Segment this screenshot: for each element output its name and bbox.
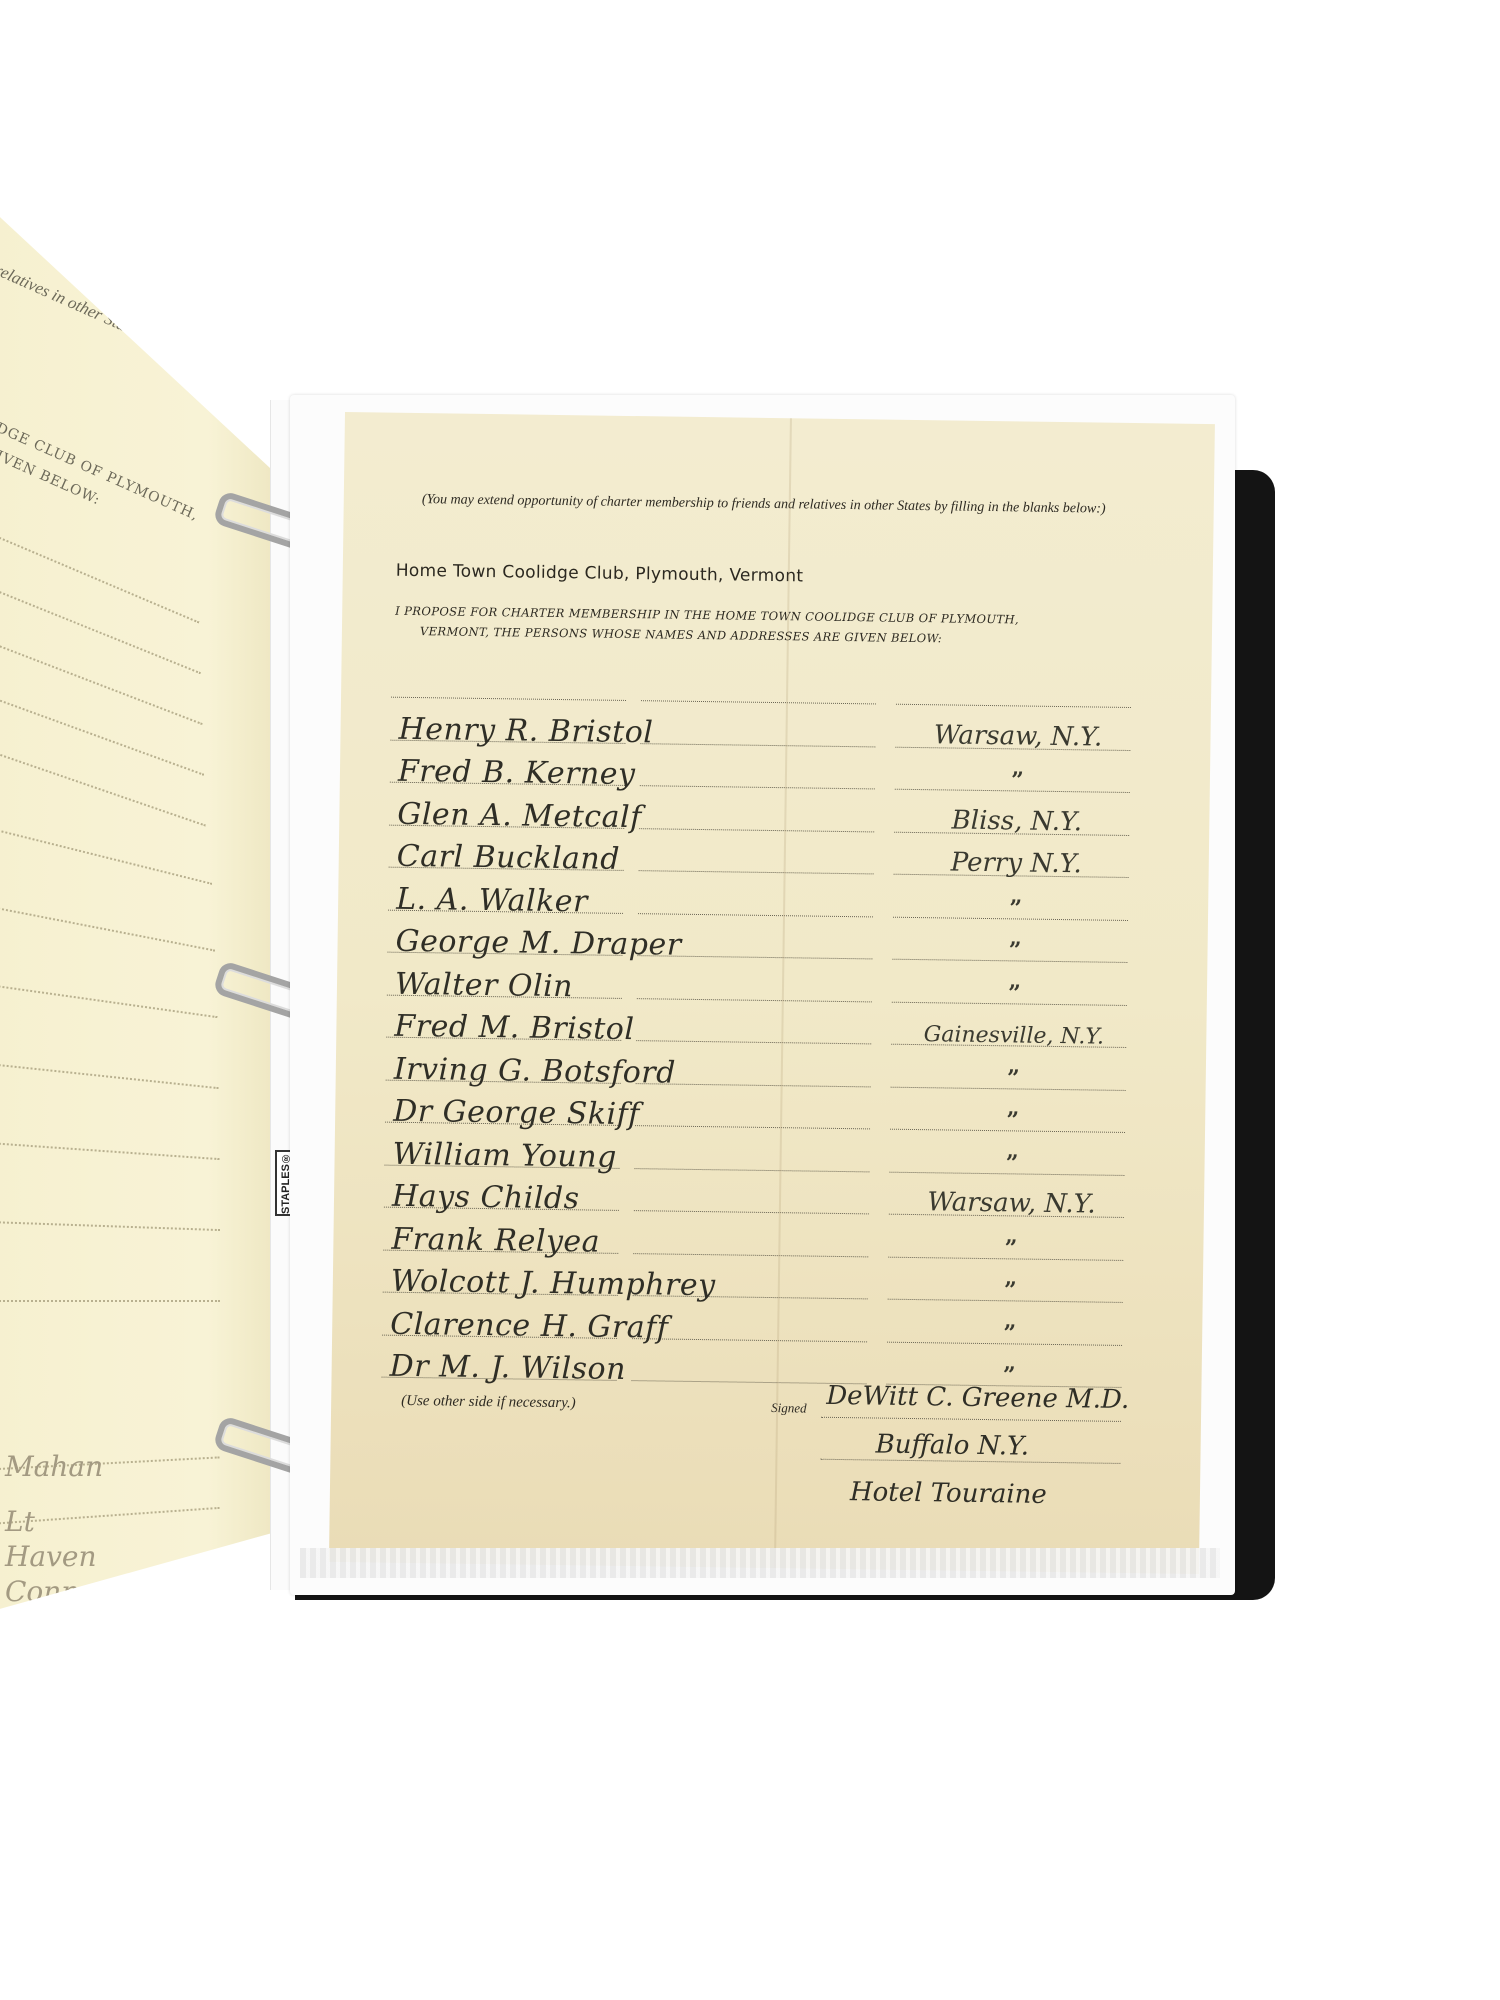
- left-page-intro-fragment: relatives in other States: [0, 260, 147, 344]
- left-page-line: [0, 900, 215, 952]
- charter-membership-form: (You may extend opportunity of charter m…: [329, 412, 1215, 1574]
- signed-label: Signed: [771, 1400, 807, 1416]
- left-page-line: [0, 1060, 219, 1089]
- left-page-line: [0, 1140, 219, 1160]
- entry-name: Dr M. J. Wilson: [389, 1349, 626, 1387]
- left-page-handwriting: Mahan: [5, 1450, 103, 1483]
- left-page-handwriting: Haven: [5, 1540, 97, 1573]
- left-page-line: [0, 520, 199, 623]
- left-page-line: [0, 980, 217, 1018]
- left-page-handwriting: Lt: [5, 1505, 35, 1538]
- intro-instructions: (You may extend opportunity of charter m…: [414, 491, 1114, 519]
- left-page-line: [0, 685, 204, 776]
- left-page: relatives in other States DGE CLUB OF PL…: [0, 180, 270, 1620]
- signer-name: DeWitt C. Greene M.D.: [826, 1381, 1129, 1415]
- entries-list: Henry R. Bristol Warsaw, N.Y. Fred B. Ke…: [382, 678, 1172, 1389]
- left-page-line: [0, 1300, 220, 1302]
- proposal-line-2: VERMONT, THE PERSONS WHOSE NAMES AND ADD…: [395, 621, 1175, 652]
- signature-line: [821, 1417, 1121, 1422]
- signer-location: Hotel Touraine: [850, 1477, 1047, 1510]
- left-page-line: [0, 740, 206, 827]
- left-page-handwriting: Conn: [5, 1575, 79, 1608]
- use-other-side-note: (Use other side if necessary.): [401, 1393, 576, 1412]
- left-page-line: [0, 1220, 220, 1231]
- left-page-line: [0, 820, 212, 885]
- signer-city: Buffalo N.Y.: [875, 1430, 1029, 1462]
- club-title: Home Town Coolidge Club, Plymouth, Vermo…: [396, 561, 804, 587]
- sheet-protector-edge: [300, 1548, 1220, 1578]
- proposal-statement: I PROPOSE FOR CHARTER MEMBERSHIP IN THE …: [395, 601, 1175, 652]
